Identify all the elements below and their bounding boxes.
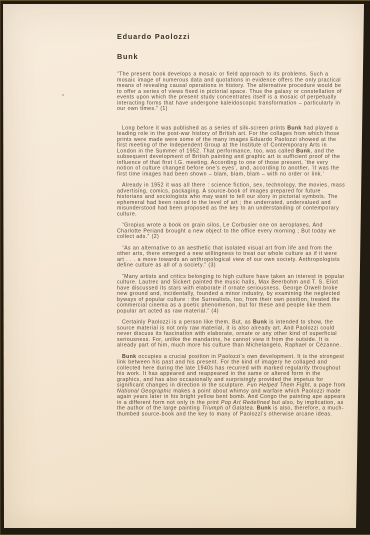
paragraph: Bunk occupies a crucial position in Paol…	[117, 354, 346, 417]
paragraph: “Gropius wrote a book on grain silos, Le…	[117, 223, 346, 240]
body-text: Certainly Paolozzi is a person like them…	[122, 320, 253, 326]
work-title-heading: Bunk	[117, 53, 346, 61]
body-text: Already in 1952 it was all there : scien…	[117, 183, 345, 217]
scan-background: Eduardo Paolozzi Bunk “The present book …	[0, 0, 370, 535]
bold-text: Bunk	[253, 320, 267, 326]
artist-name-heading: Eduardo Paolozzi	[117, 33, 346, 41]
paper-blemish	[186, 282, 188, 283]
bold-text: Bunk	[296, 148, 310, 154]
text-column: Eduardo Paolozzi Bunk “The present book …	[117, 33, 346, 417]
paragraph: “The present book develops a mosaic or f…	[117, 72, 346, 112]
bold-text: Bunk	[257, 406, 271, 412]
paragraph: Certainly Paolozzi is a person like them…	[117, 320, 346, 349]
body-text: Long before it was published as a series…	[122, 125, 287, 131]
italic-text: Pop Art Redefined	[221, 400, 270, 406]
paragraph: Already in 1952 it was all there : scien…	[117, 183, 346, 218]
paragraph: “Many artists and critics belonging to h…	[117, 274, 346, 314]
italic-text: National Geographic	[117, 388, 171, 394]
paragraph: Long before it was published as a series…	[117, 125, 346, 177]
paper-blemish	[62, 94, 64, 96]
italic-text: Triumph of Galatea	[202, 406, 253, 412]
body-text: “As an alternative to an aesthetic that …	[117, 245, 340, 268]
paragraph: “As an alternative to an aesthetic that …	[117, 245, 346, 268]
body-text: “The present book develops a mosaic or f…	[117, 72, 342, 112]
article-body: “The present book develops a mosaic or f…	[117, 72, 346, 418]
bold-text: Bunk	[287, 125, 301, 131]
italic-text: Fun Helped Them Fight	[247, 383, 310, 389]
body-text: “Gropius wrote a book on grain silos, Le…	[117, 223, 336, 240]
paper-blemish	[303, 172, 304, 173]
body-text: “Many artists and critics belonging to h…	[117, 274, 345, 314]
bold-text: Bunk	[122, 354, 136, 360]
catalog-page: Eduardo Paolozzi Bunk “The present book …	[0, 0, 370, 535]
body-text: , a page from	[310, 383, 346, 389]
